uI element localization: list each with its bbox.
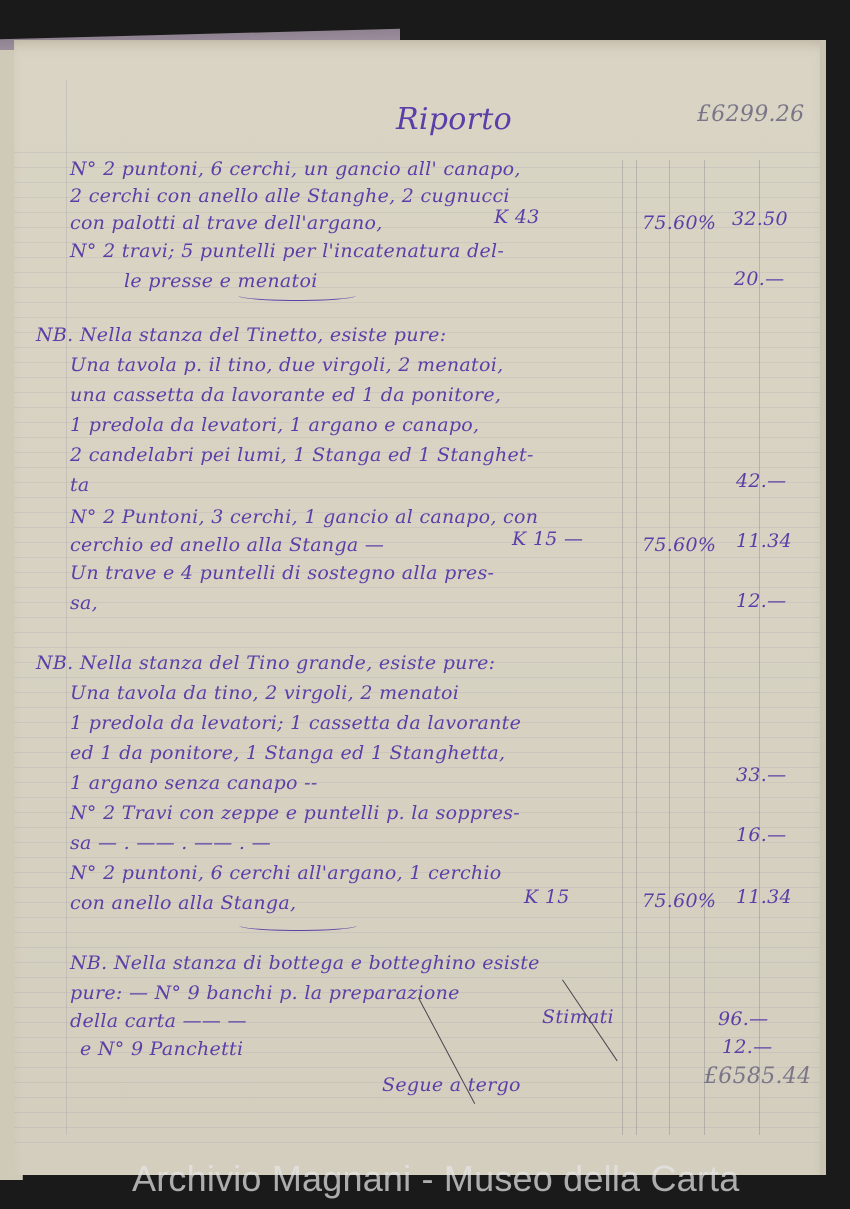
ruling-line <box>14 482 820 483</box>
entry-line: 1 predola da levatori; 1 cassetta da lav… <box>70 712 521 734</box>
entry-line: sa, <box>70 592 98 614</box>
ruling-line <box>14 1067 820 1068</box>
entry-line: Un trave e 4 puntelli di sostegno alla p… <box>70 562 494 584</box>
ruling-line <box>14 947 820 948</box>
ruling-line <box>14 347 820 348</box>
ruling-line <box>14 467 820 468</box>
entry-line: 2 candelabri pei lumi, 1 Stanga ed 1 Sta… <box>70 444 534 466</box>
amount: 96.— <box>718 1008 768 1030</box>
ruling-line <box>14 632 820 633</box>
ruling-line <box>14 1142 820 1143</box>
ruling-line <box>14 797 820 798</box>
ruling-line <box>14 857 820 858</box>
entry-line: 1 argano senza canapo -- <box>70 772 318 794</box>
ruling-line <box>14 977 820 978</box>
entry-line: con palotti al trave dell'argano, <box>70 212 383 234</box>
ruling-line <box>14 917 820 918</box>
entry-line: ta <box>70 474 90 496</box>
section-heading: NB. Nella stanza del Tino grande, esiste… <box>36 652 495 674</box>
ruling-line <box>14 737 820 738</box>
entry-line: N° 2 Puntoni, 3 cerchi, 1 gancio al cana… <box>70 506 538 528</box>
ruling-line <box>14 377 820 378</box>
rate: 75.60% <box>642 890 716 912</box>
section-heading: NB. Nella stanza di bottega e botteghino… <box>70 952 540 974</box>
ruling-line <box>14 497 820 498</box>
entry-line: 2 cerchi con anello alle Stanghe, 2 cugn… <box>70 185 510 207</box>
weight: K 43 <box>494 206 540 228</box>
amount: 42.— <box>736 470 786 492</box>
amount: 12.— <box>722 1036 772 1058</box>
ruling-line <box>14 1127 820 1128</box>
ruling-line <box>14 767 820 768</box>
entry-line: una cassetta da lavorante ed 1 da ponito… <box>70 384 501 406</box>
entry-line: e N° 9 Panchetti <box>80 1038 243 1060</box>
annotation-stimati: Stimati <box>542 1006 614 1028</box>
entry-line: le presse e menatoi <box>124 270 318 292</box>
amount: 11.34 <box>736 530 792 552</box>
heading-riporto: Riporto <box>396 102 512 137</box>
carried-total: £6299.26 <box>697 102 804 127</box>
amount: 12.— <box>736 590 786 612</box>
entry-line: N° 2 travi; 5 puntelli per l'incatenatur… <box>70 240 504 262</box>
entry-line: N° 2 puntoni, 6 cerchi, un gancio all' c… <box>70 158 521 180</box>
ruling-line <box>14 602 820 603</box>
entry-line: 1 predola da levatori, 1 argano e canapo… <box>70 414 479 436</box>
ruling-line <box>14 617 820 618</box>
amount: 11.34 <box>736 886 792 908</box>
ruling-line <box>14 152 820 153</box>
ruling-line <box>14 827 820 828</box>
ruling-line <box>14 557 820 558</box>
amount: 16.— <box>736 824 786 846</box>
entry-line: cerchio ed anello alla Stanga — <box>70 534 384 556</box>
entry-line: ed 1 da ponitore, 1 Stanga ed 1 Stanghet… <box>70 742 505 764</box>
ruling-line <box>14 677 820 678</box>
section-heading: NB. Nella stanza del Tinetto, esiste pur… <box>36 324 446 346</box>
footer-note: Segue a tergo <box>382 1074 521 1096</box>
ruling-line <box>14 707 820 708</box>
amount: 32.50 <box>732 208 788 230</box>
entry-line: N° 2 Travi con zeppe e puntelli p. la so… <box>70 802 520 824</box>
ruling-line <box>14 887 820 888</box>
ruling-line <box>14 587 820 588</box>
ruling-line <box>14 407 820 408</box>
entry-line: Una tavola da tino, 2 virgoli, 2 menatoi <box>70 682 459 704</box>
ruling-line <box>14 647 820 648</box>
amount: 33.— <box>736 764 786 786</box>
amount: 20.— <box>734 268 784 290</box>
rate: 75.60% <box>642 212 716 234</box>
entry-line: N° 2 puntoni, 6 cerchi all'argano, 1 cer… <box>70 862 502 884</box>
archive-watermark: Archivio Magnani - Museo della Carta <box>132 1158 739 1200</box>
ruling-line <box>14 317 820 318</box>
ruling-line <box>14 1007 820 1008</box>
ruling-line <box>14 182 820 183</box>
entry-line: della carta —— — <box>70 1010 247 1032</box>
weight: K 15 — <box>512 528 583 550</box>
rate: 75.60% <box>642 534 716 556</box>
entry-line: Una tavola p. il tino, due virgoli, 2 me… <box>70 354 503 376</box>
flourish <box>239 920 357 931</box>
entry-line: pure: — N° 9 banchi p. la preparazione <box>70 982 460 1004</box>
entry-line: con anello alla Stanga, <box>70 892 296 914</box>
ruling-line <box>14 1097 820 1098</box>
ruling-line <box>14 932 820 933</box>
ruling-line <box>14 437 820 438</box>
entry-line: sa — . —— . —— . — <box>70 832 271 854</box>
ledger-page: Riporto £6299.26 N° 2 puntoni, 6 cerchi,… <box>14 40 826 1175</box>
weight: K 15 <box>524 886 570 908</box>
final-total: £6585.44 <box>704 1064 811 1089</box>
ruling-line <box>14 1112 820 1113</box>
flourish <box>238 290 356 301</box>
ruling-line <box>14 302 820 303</box>
